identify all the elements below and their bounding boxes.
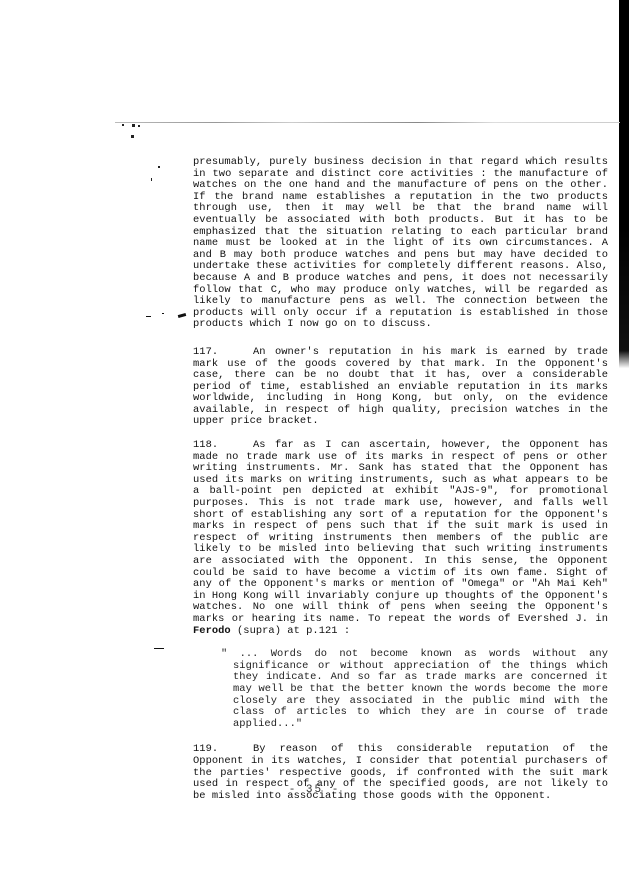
paragraph-text: As far as I can ascertain, however, the …: [193, 439, 608, 625]
document-body: presumably, purely business decision in …: [193, 157, 608, 814]
scan-speck: [158, 166, 160, 168]
margin-arrow-mark: [178, 313, 187, 318]
scan-speck: [151, 178, 152, 181]
paragraph-continuation: presumably, purely business decision in …: [193, 157, 608, 331]
paragraph-117: 117.An owner's reputation in his mark is…: [193, 347, 608, 428]
page-fold-line: [115, 122, 620, 123]
paragraph-text: An owner's reputation in his mark is ear…: [193, 346, 608, 428]
scan-speck: [122, 124, 124, 126]
margin-mark: [146, 316, 151, 317]
scan-speck: [131, 135, 134, 138]
block-quote: " ... Words do not become known as words…: [221, 649, 608, 730]
paragraph-text: presumably, purely business decision in …: [193, 156, 608, 330]
page-number: - 35 -: [0, 784, 629, 796]
scan-speck: [138, 125, 140, 127]
margin-dash-mark: [154, 648, 164, 649]
scanned-page-edge: [619, 0, 629, 877]
margin-mark: [162, 313, 164, 314]
paragraph-118: 118.As far as I can ascertain, however, …: [193, 440, 608, 637]
scan-speck: [132, 124, 135, 127]
paragraph-text: (supra) at p.121 :: [231, 625, 350, 637]
quote-text: " ... Words do not become known as words…: [221, 648, 608, 730]
case-name: Ferodo: [193, 625, 231, 637]
